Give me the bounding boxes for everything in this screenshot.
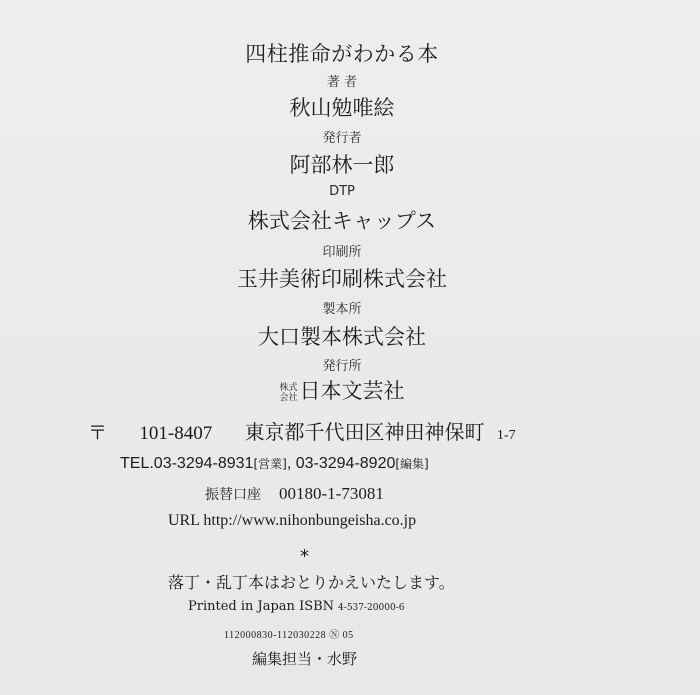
publisher-person-name: 阿部林一郎 bbox=[0, 149, 692, 179]
editor-credit: 編集担当・水野 bbox=[252, 648, 357, 669]
printed-line: Printed in Japan ISBN4-537-20000-6 bbox=[188, 599, 404, 614]
publisher-name: 日本文芸社 bbox=[300, 379, 405, 403]
tel-editorial: 03-3294-8920 bbox=[296, 455, 396, 472]
print-code-line: 112000830-112030228 Ⓝ 05 bbox=[224, 626, 354, 641]
circled-n-icon: Ⓝ bbox=[329, 630, 340, 641]
book-title: 四柱推命がわかる本 bbox=[0, 38, 692, 68]
kabushiki-gaisha-mark: 株式会社 bbox=[279, 383, 297, 403]
postal-mark-icon: 〒 bbox=[88, 423, 107, 444]
street-number: 1-7 bbox=[497, 428, 516, 443]
publisher-label: 発行所 bbox=[0, 355, 692, 374]
asterisk-separator: * bbox=[300, 546, 309, 567]
tel-sales-label: [営業] bbox=[253, 457, 286, 471]
transfer-account-line: 振替口座00180-1-73081 bbox=[205, 484, 384, 504]
printer-company: 玉井美術印刷株式会社 bbox=[0, 263, 692, 293]
binder-company: 大口製本株式会社 bbox=[0, 321, 692, 351]
tel-editorial-label: [編集] bbox=[395, 457, 428, 471]
street-address: 東京都千代田区神田神保町 bbox=[245, 420, 485, 444]
author-label: 著 者 bbox=[0, 71, 692, 90]
replacement-notice: 落丁・乱丁本はおとりかえいたします。 bbox=[168, 570, 455, 593]
url-line: URL http://www.nihonbungeisha.co.jp bbox=[168, 512, 416, 530]
printer-label: 印刷所 bbox=[0, 241, 692, 260]
url-label: URL bbox=[168, 512, 199, 529]
publisher-line: 株式会社日本文芸社 bbox=[0, 375, 692, 405]
postal-code: 101-8407 bbox=[139, 423, 212, 444]
kabu-top: 株式 bbox=[279, 383, 297, 393]
address-line: 〒 101-8407 東京都千代田区神田神保町 1-7 bbox=[88, 416, 516, 445]
tel-sales: 03-3294-8931 bbox=[154, 455, 254, 472]
url-value[interactable]: http://www.nihonbungeisha.co.jp bbox=[203, 512, 416, 529]
isbn-number: 4-537-20000-6 bbox=[338, 603, 404, 613]
dtp-company: 株式会社キャップス bbox=[0, 205, 692, 235]
transfer-account-number: 00180-1-73081 bbox=[279, 484, 384, 503]
kabu-bottom: 会社 bbox=[279, 393, 297, 403]
printed-in-japan: Printed in Japan ISBN bbox=[188, 599, 334, 614]
tel-prefix: TEL. bbox=[120, 455, 154, 472]
transfer-account-label: 振替口座 bbox=[205, 487, 261, 503]
dtp-label: DTP bbox=[0, 184, 692, 199]
tel-separator: , bbox=[287, 455, 291, 472]
binder-label: 製本所 bbox=[0, 298, 692, 317]
author-name: 秋山勉唯絵 bbox=[0, 92, 692, 122]
print-code-range: 112000830-112030228 bbox=[224, 630, 326, 641]
print-edition: 05 bbox=[343, 630, 354, 641]
publisher-person-label: 発行者 bbox=[0, 127, 692, 146]
tel-line: TEL.03-3294-8931[営業], 03-3294-8920[編集] bbox=[120, 455, 429, 473]
